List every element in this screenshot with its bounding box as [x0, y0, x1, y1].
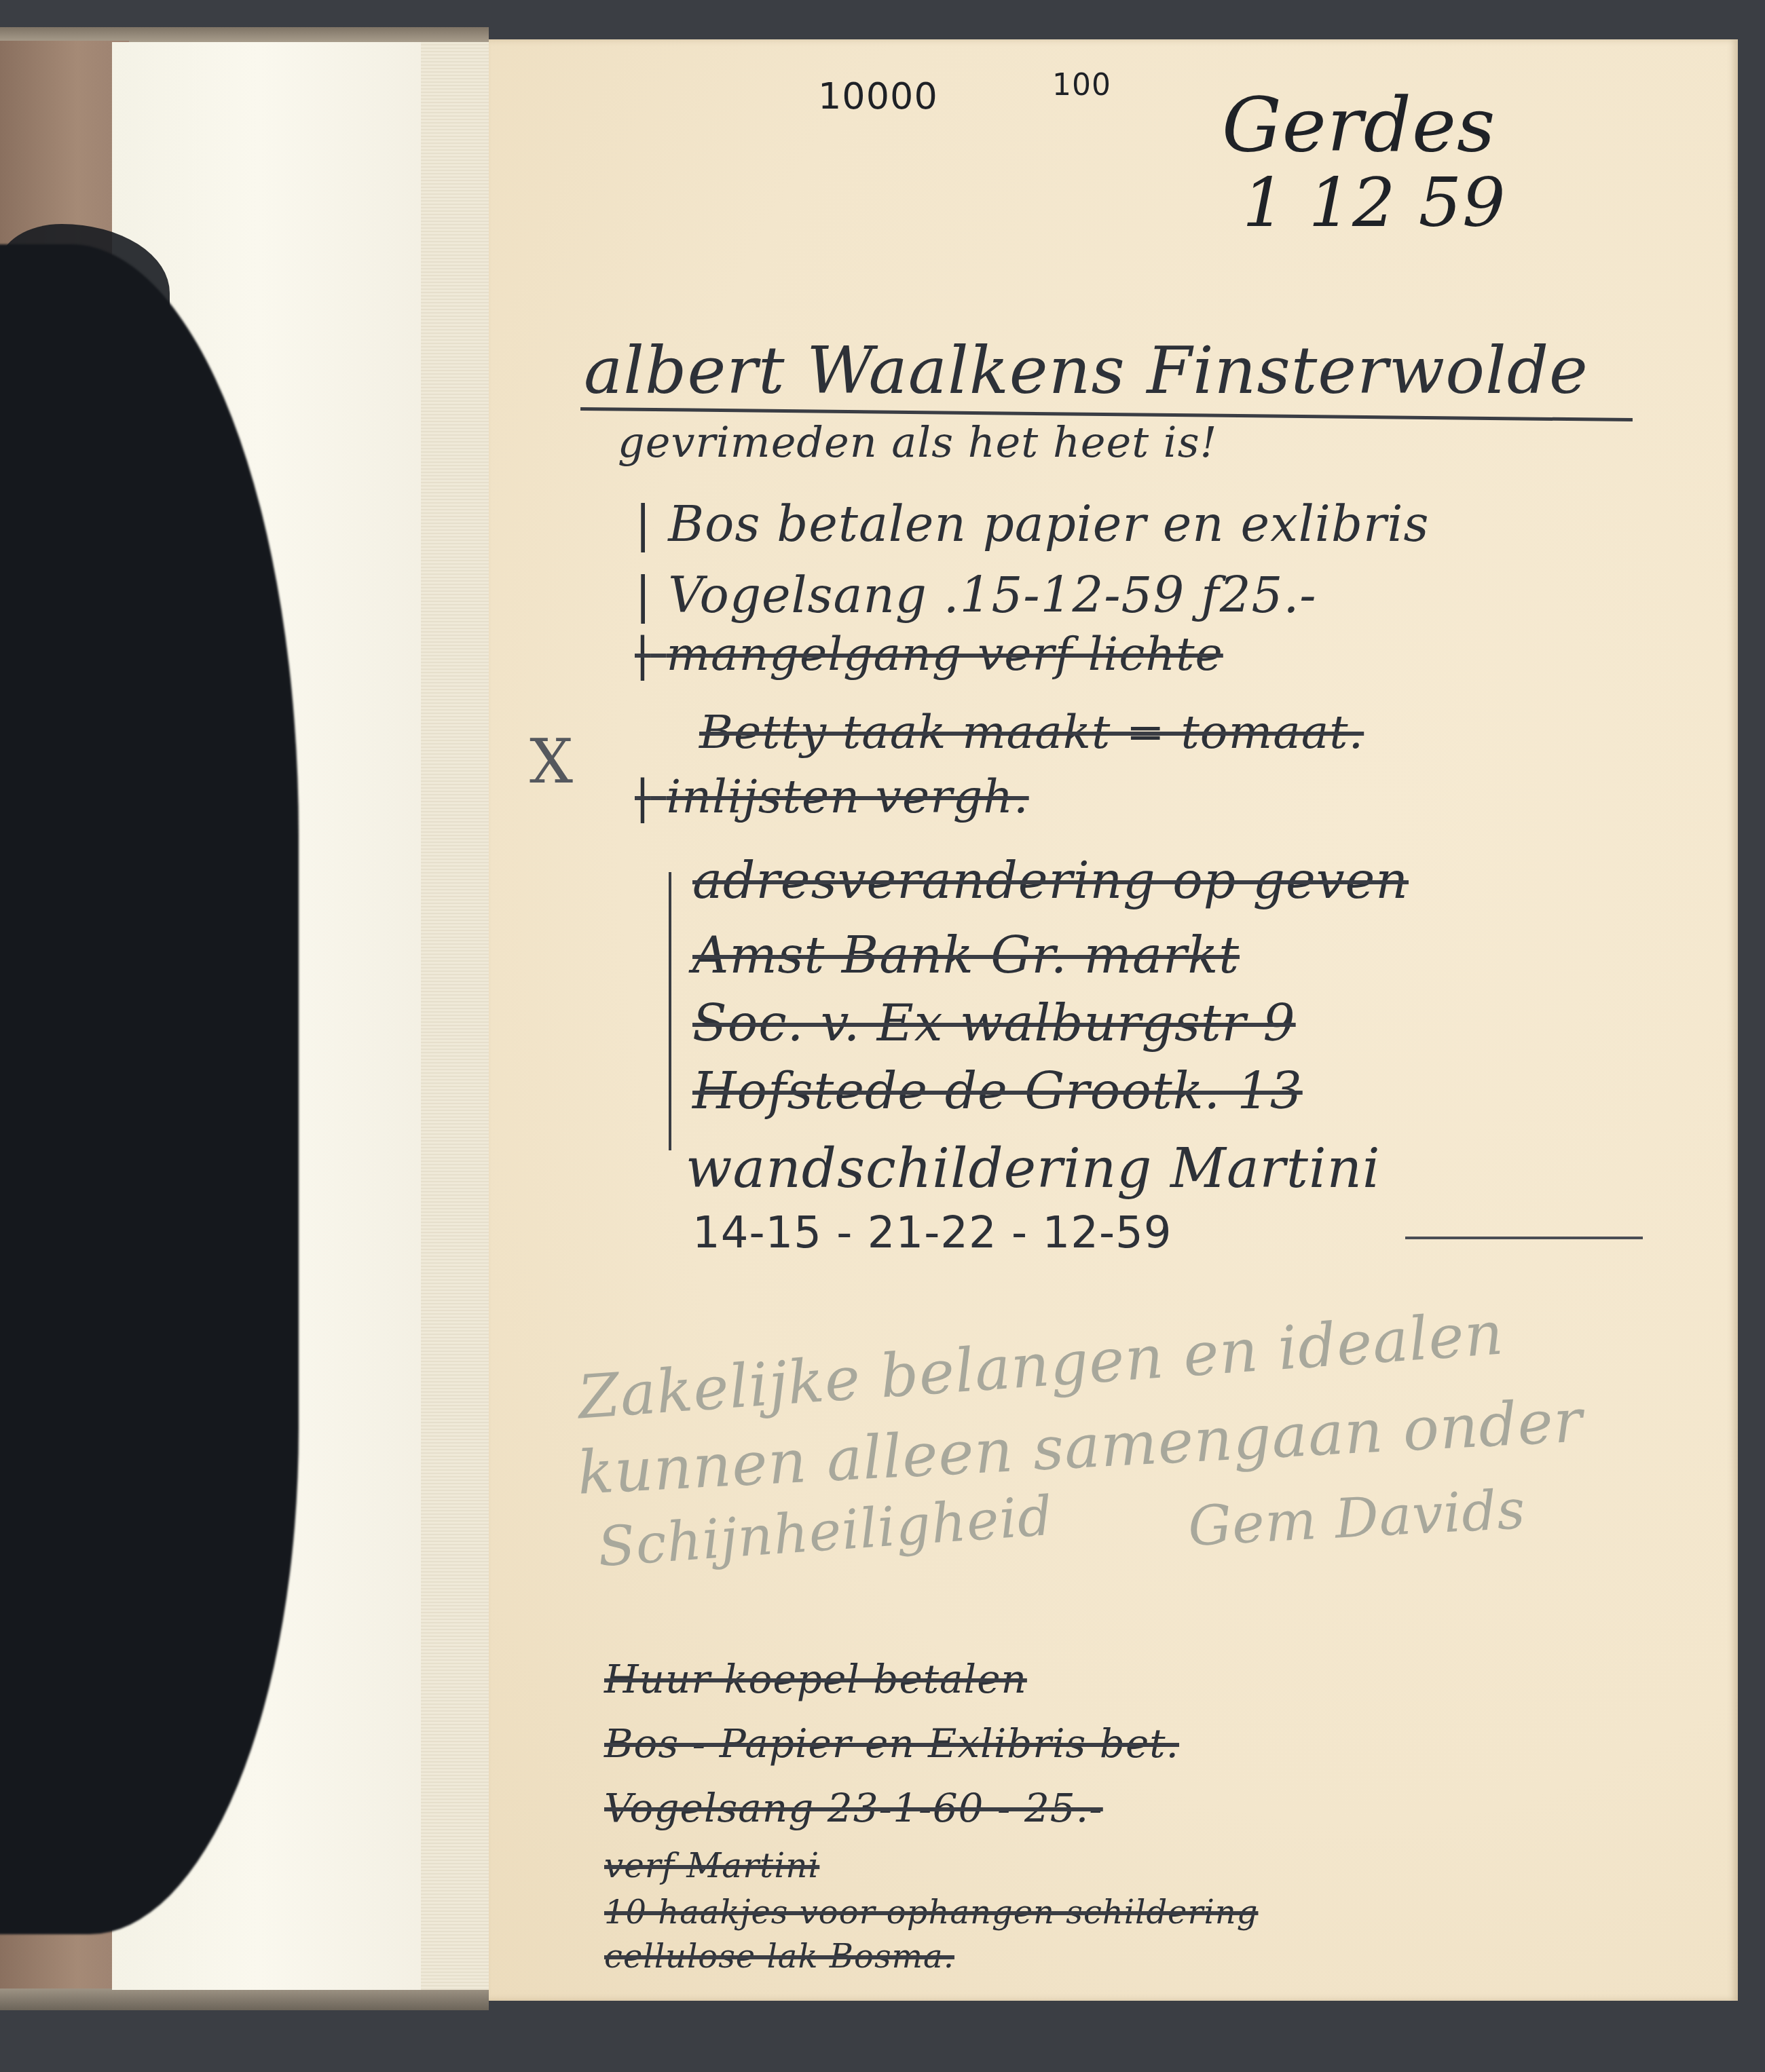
footer-list-item: verf Martini	[604, 1846, 819, 1885]
item-text: Vogelsang .15-12-59 ƒ25.-	[668, 567, 1316, 624]
mural-line: wandschildering Martini	[686, 1137, 1381, 1200]
price-code-right: 100	[1052, 68, 1111, 102]
list-item: | Bos betalen papier en exlibris	[635, 495, 1429, 552]
subtitle-line: gevrimeden als het heet is!	[618, 417, 1217, 467]
address-line: adresverandering op geven	[692, 852, 1409, 910]
address-line: Hofstede de Grootk. 13	[692, 1062, 1303, 1120]
dates-trailing-rule	[1405, 1237, 1643, 1239]
item-marker: |	[635, 495, 652, 552]
board-bottom-edge	[0, 1989, 489, 2010]
footer-list-item: Huur koepel betalen	[604, 1656, 1027, 1702]
item-marker: |	[635, 567, 652, 624]
list-item-struck: Betty taak maakt = tomaat.	[699, 706, 1364, 759]
address-line: Amst Bank Gr. markt	[692, 926, 1240, 985]
item-marker: |	[635, 770, 651, 824]
price-code-left: 10000	[818, 75, 938, 117]
address-line: Soc. v. Ex walburgstr 9	[692, 994, 1296, 1053]
list-item-struck: | mangelgang verf lichte	[635, 628, 1223, 681]
item-text: inlijsten vergh.	[667, 770, 1029, 824]
footer-list-item: Vogelsang 23-1-60 - 25.-	[604, 1785, 1103, 1831]
footer-list-item: cellulose lak Bosma.	[604, 1938, 954, 1976]
black-ink-blot	[0, 244, 299, 1934]
signature-date: 1 12 59	[1242, 163, 1506, 242]
list-item-struck: | inlijsten vergh.	[635, 770, 1029, 824]
item-marker: |	[635, 628, 651, 681]
margin-bracket	[669, 872, 671, 1150]
item-text: mangelgang verf lichte	[667, 628, 1223, 681]
cloth-hinge	[421, 42, 491, 1990]
footer-list-item: 10 haakjes voor ophangen schildering	[604, 1894, 1258, 1932]
item-text: Bos betalen papier en exlibris	[668, 495, 1429, 552]
title-line: albert Waalkens Finsterwolde	[584, 333, 1588, 409]
item-text: Betty taak maakt = tomaat.	[699, 706, 1364, 759]
owner-signature: Gerdes	[1222, 81, 1496, 168]
mural-dates: 14-15 - 21-22 - 12-59	[692, 1208, 1172, 1258]
x-mark: X	[529, 726, 574, 797]
list-item: | Vogelsang .15-12-59 ƒ25.-	[635, 567, 1317, 624]
footer-list-item: Bos - Papier en Exlibris bet.	[604, 1720, 1179, 1767]
